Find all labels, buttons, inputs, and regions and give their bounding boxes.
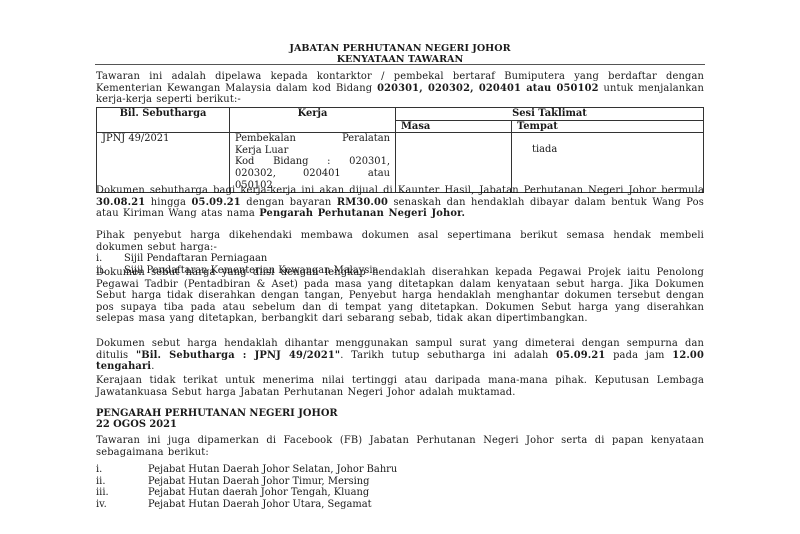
notice-board-list: i.Pejabat Hutan Daerah Johor Selatan, Jo…: [96, 464, 397, 510]
list-item: iv.Pejabat Hutan Daerah Johor Utara, Seg…: [96, 499, 397, 511]
intro-paragraph: Tawaran ini adalah dipelawa kepada konta…: [96, 71, 704, 106]
tender-reference: "Bil. Sebutharga : JPNJ 49/2021": [136, 350, 340, 361]
header-kerja: Kerja: [230, 108, 396, 133]
start-date: 30.08.21: [96, 197, 145, 208]
cell-bil: JPNJ 49/2021: [97, 133, 230, 193]
table-row: JPNJ 49/2021 Pembekalan Peralatan Kerja …: [97, 133, 704, 193]
submission-paragraph: Dokumen sebut harga yang diisi dengan le…: [96, 267, 704, 325]
end-date: 05.09.21: [192, 197, 241, 208]
header-sesi-taklimat: Sesi Taklimat: [396, 108, 704, 121]
header-divider: [95, 64, 705, 65]
document-header: JABATAN PERHUTANAN NEGERI JOHOR KENYATAA…: [96, 43, 704, 65]
signature-block: PENGARAH PERHUTANAN NEGERI JOHOR 22 OGOS…: [96, 408, 338, 430]
header-masa: Masa: [396, 120, 512, 133]
documents-paragraph: Pihak penyebut harga dikehendaki membawa…: [96, 230, 704, 253]
government-paragraph: Kerajaan tidak terikat untuk menerima ni…: [96, 375, 704, 398]
closing-date: 05.09.21: [556, 350, 605, 361]
sale-paragraph: Dokumen sebutharga bagi kerja-kerja ini …: [96, 185, 704, 220]
payee-name: Pengarah Perhutanan Negeri Johor.: [259, 208, 465, 219]
field-codes: 020301, 020302, 020401 atau 050102: [377, 83, 599, 94]
department-title: JABATAN PERHUTANAN NEGERI JOHOR: [96, 43, 704, 54]
list-item: i.Sijil Pendaftaran Perniagaan: [96, 253, 378, 265]
envelope-paragraph: Dokumen sebut harga hendaklah dihantar m…: [96, 338, 704, 373]
facebook-paragraph: Tawaran ini juga dipamerkan di Facebook …: [96, 435, 704, 458]
tender-table: Bil. Sebutharga Kerja Sesi Taklimat Masa…: [96, 107, 704, 193]
signature-date: 22 OGOS 2021: [96, 419, 338, 430]
list-item: ii.Pejabat Hutan Daerah Johor Timur, Mer…: [96, 476, 397, 488]
signatory-title: PENGARAH PERHUTANAN NEGERI JOHOR: [96, 408, 338, 419]
header-bil-sebutharga: Bil. Sebutharga: [97, 108, 230, 133]
cell-tempat: tiada: [512, 133, 704, 193]
list-item: i.Pejabat Hutan Daerah Johor Selatan, Jo…: [96, 464, 397, 476]
header-tempat: Tempat: [512, 120, 704, 133]
cell-masa: [396, 133, 512, 193]
list-item: iii.Pejabat Hutan daerah Johor Tengah, K…: [96, 487, 397, 499]
fee-amount: RM30.00: [337, 197, 388, 208]
cell-kerja: Pembekalan Peralatan Kerja Luar Kod Bida…: [230, 133, 396, 193]
